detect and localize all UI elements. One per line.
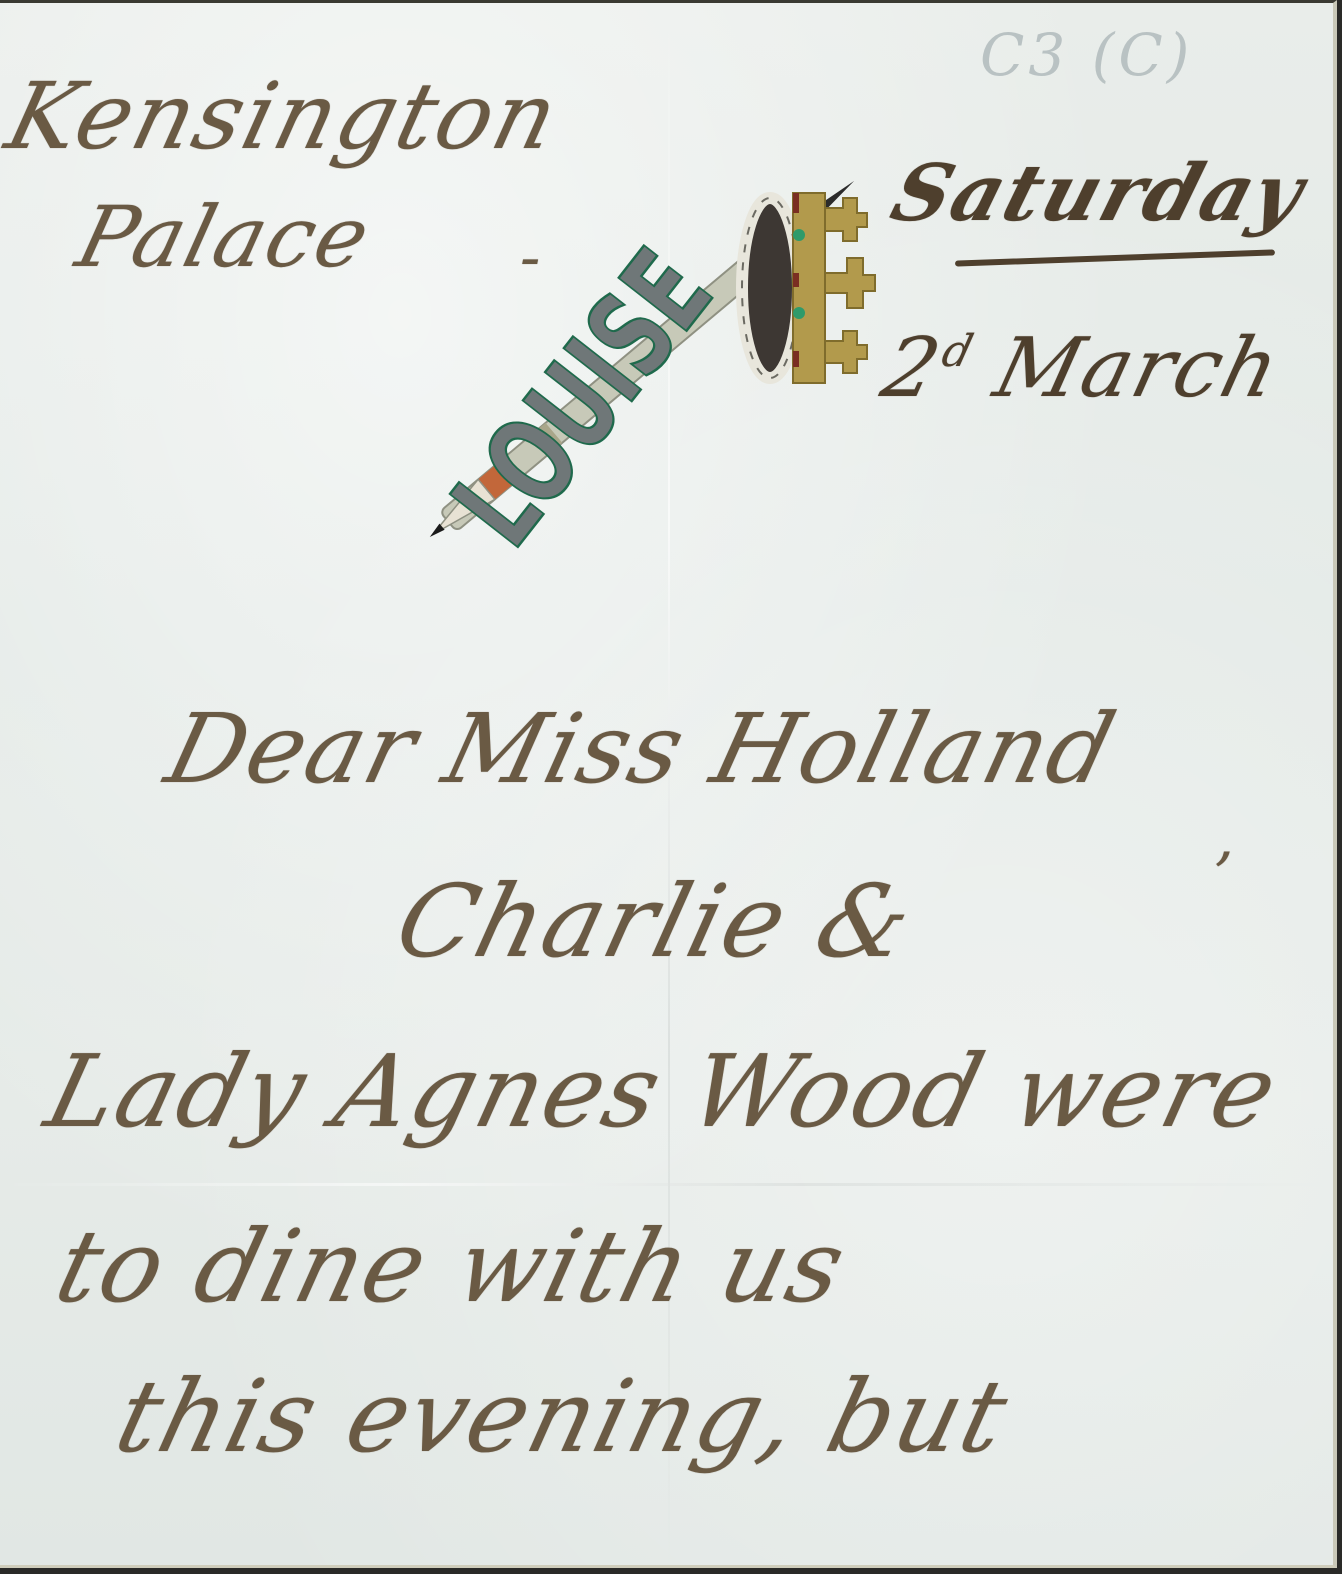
body-line: Charlie & [385, 863, 924, 980]
body-line: this evening, but [105, 1358, 1020, 1475]
dateline-day: Saturday [882, 148, 1315, 239]
salutation: Dear Miss Holland [156, 693, 1127, 805]
letter-sheet: C3 (C) Kensington Palace - LOUISE Sat [0, 0, 1337, 1568]
fold-crease-horizontal [0, 1183, 1333, 1186]
louise-crown-pencil-monogram-icon: LOUISE [395, 113, 915, 583]
date-month: March [986, 321, 1290, 416]
dateline-underline [955, 249, 1275, 266]
monogram-text: LOUISE [426, 225, 738, 570]
body-line: to dine with us [45, 1208, 857, 1325]
dateline-date: 2d March [873, 321, 1290, 416]
archive-pencil-note: C3 (C) [980, 21, 1193, 89]
salutation-comma: , [1215, 803, 1236, 873]
address-line-2: Palace [68, 188, 381, 286]
body-line: Lady Agnes Wood were [35, 1033, 1289, 1150]
